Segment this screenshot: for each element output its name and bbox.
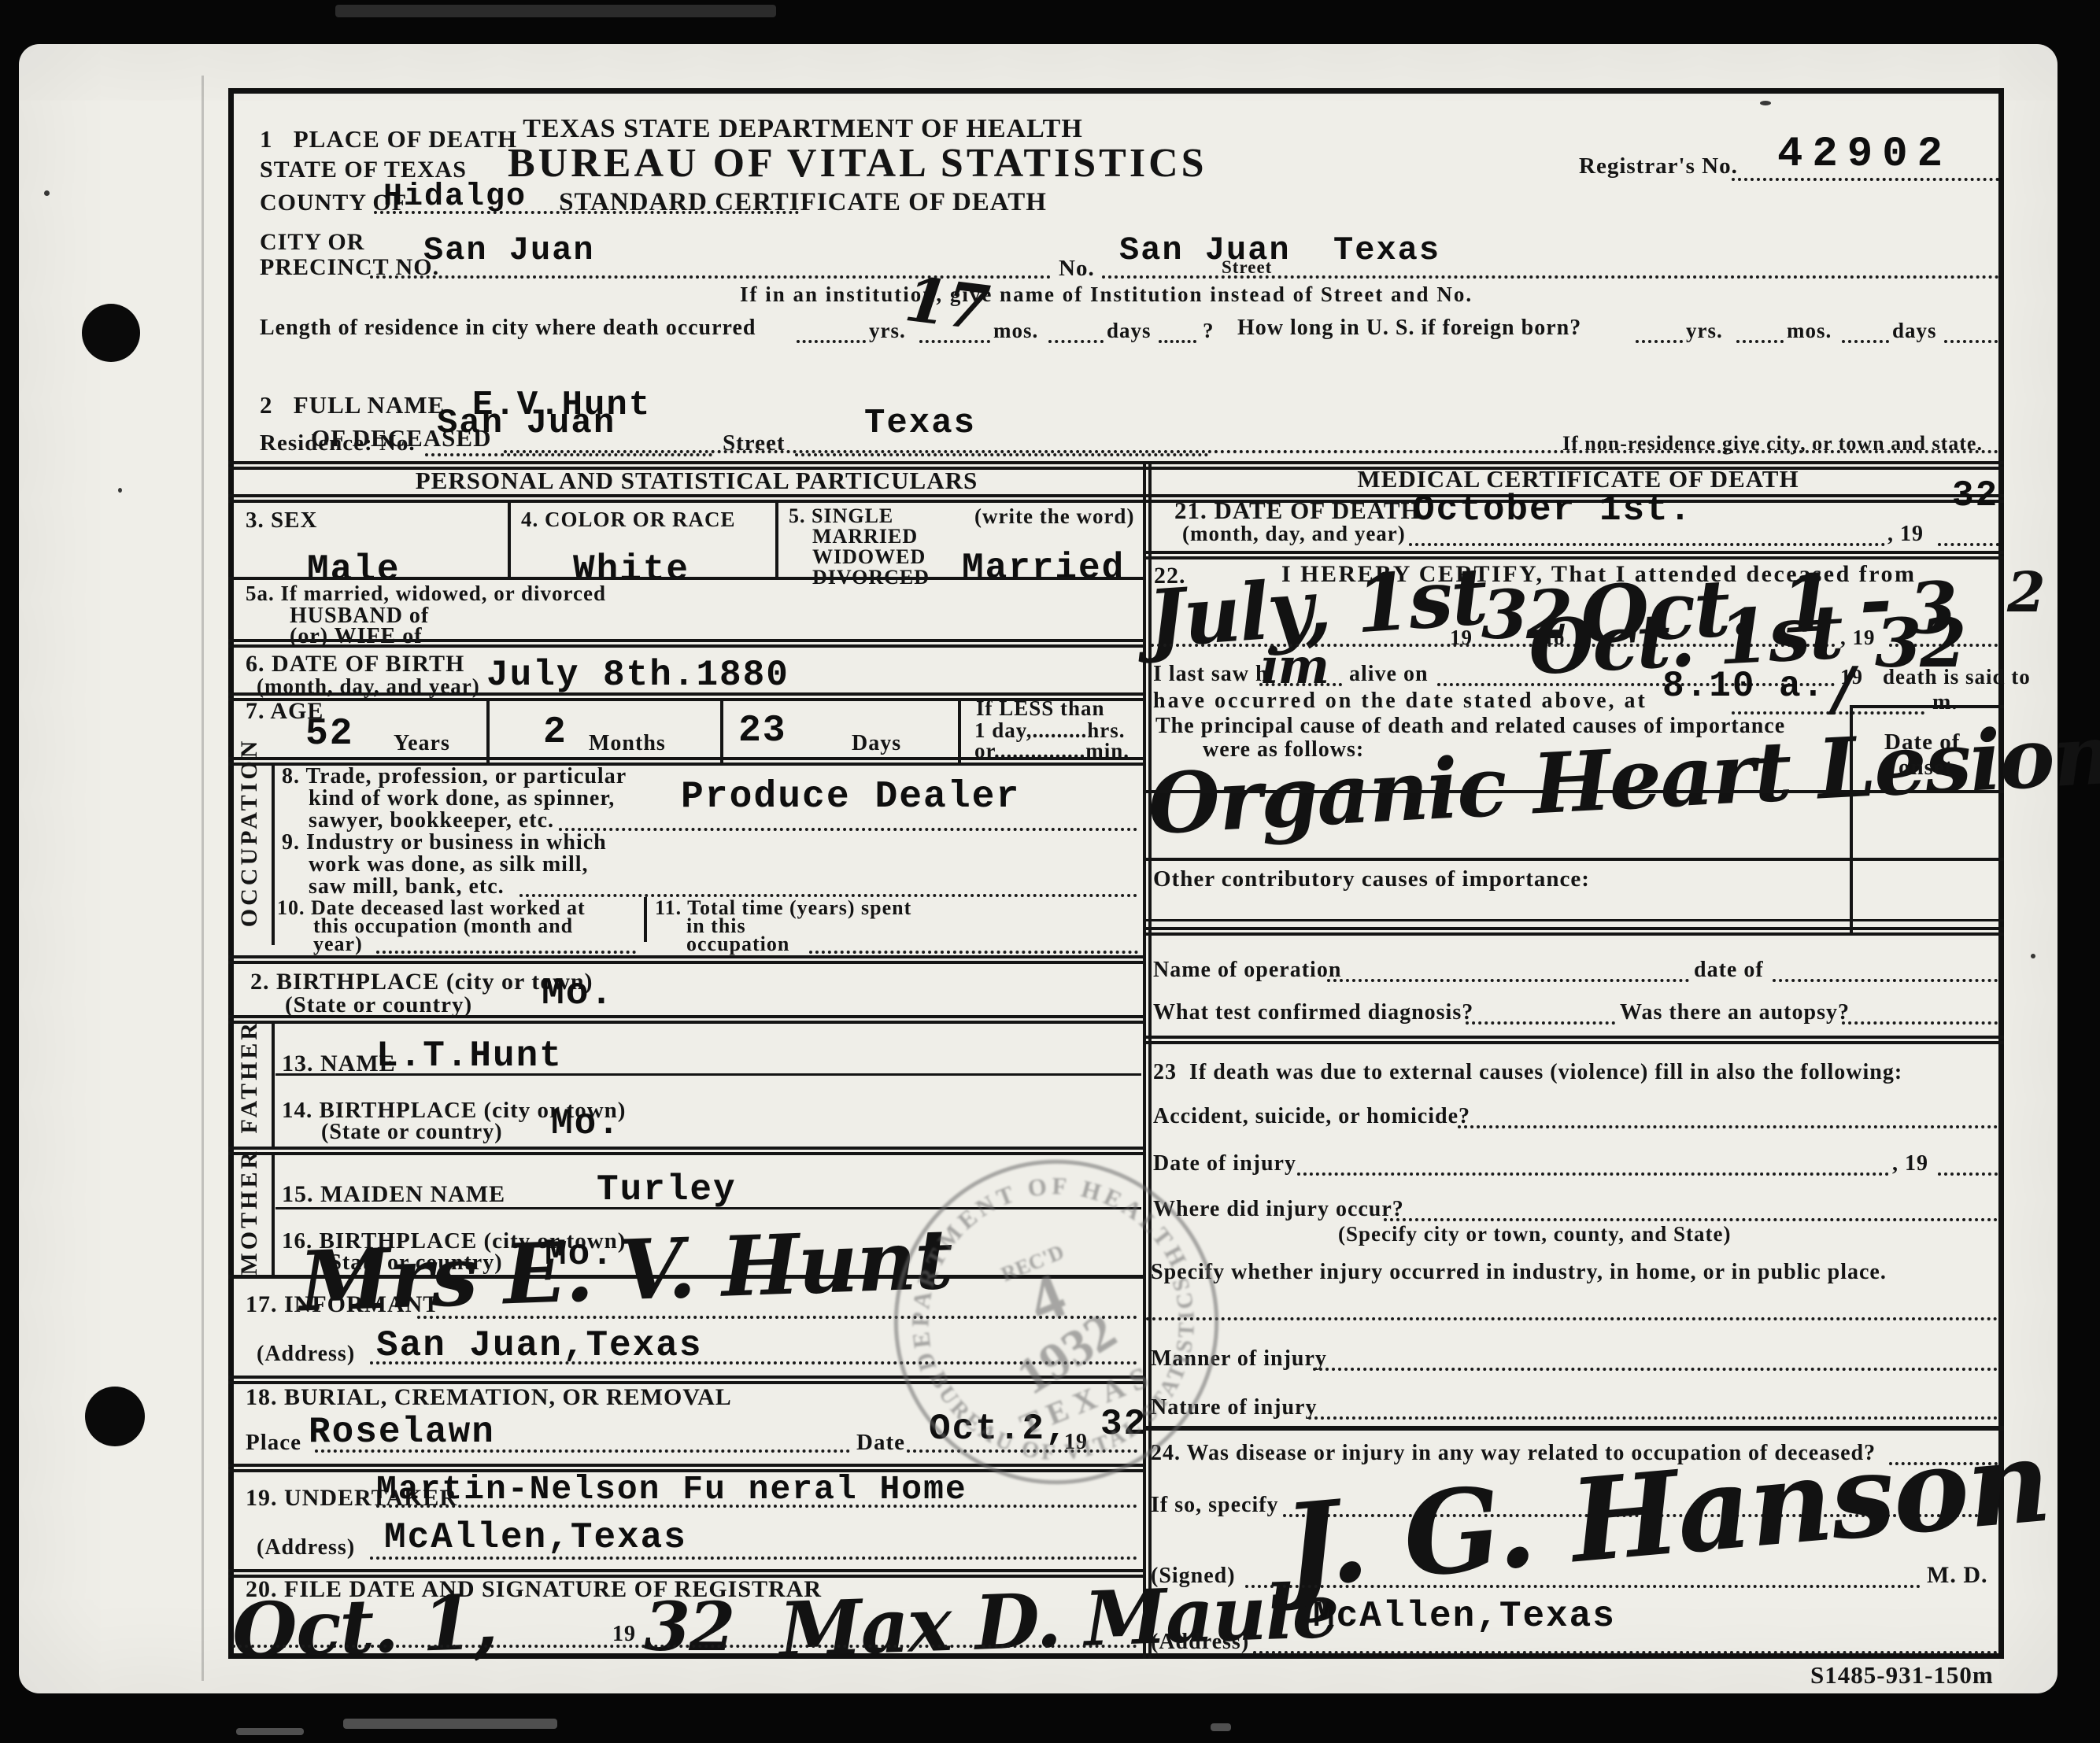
- standard-title: STANDARD CERTIFICATE OF DEATH: [519, 189, 1086, 217]
- ifso-label: If so, specify: [1151, 1494, 1279, 1517]
- contributory-label: Other contributory causes of importance:: [1153, 867, 1590, 892]
- no-label: No.: [1059, 257, 1095, 281]
- dotted-line: [1773, 979, 1998, 982]
- item23-text: 23 If death was due to external causes (…: [1153, 1061, 1902, 1084]
- speck: [44, 190, 50, 196]
- occurred-m-label: m.: [1932, 691, 1958, 715]
- occupation-side-label: OCCUPATION: [237, 770, 262, 927]
- residence-no-value: San Juan: [437, 404, 616, 443]
- accident-label: Accident, suicide, or homicide?: [1153, 1105, 1470, 1128]
- dept-title: TEXAS STATE DEPARTMENT OF HEALTH: [519, 115, 1086, 144]
- scan-streak: [1211, 1723, 1231, 1731]
- rule: [275, 1073, 1141, 1076]
- onset-label-2: onset: [1899, 755, 1953, 780]
- foreign-born-label: How long in U. S. if foreign born?: [1237, 316, 1581, 340]
- rule: [1143, 1036, 2004, 1044]
- dotted-line: [1636, 340, 1683, 343]
- marital-married: MARRIED: [812, 526, 918, 548]
- age-less-line1: If LESS than: [976, 697, 1105, 720]
- rule: [1143, 919, 2004, 921]
- test-label: What test confirmed diagnosis?: [1153, 1001, 1473, 1025]
- lastsaw-text-2: alive on: [1349, 663, 1429, 686]
- county-value: Hidalgo: [383, 179, 527, 215]
- no-value: San Juan Texas: [1119, 231, 1440, 269]
- dotted-line: [370, 1361, 1137, 1364]
- fullname-label-1: 2 FULL NAME: [260, 392, 445, 418]
- item8-line2: kind of work done, as spinner,: [309, 787, 615, 811]
- age-months-label: Months: [589, 732, 666, 755]
- marital-value: Married: [962, 548, 1125, 589]
- cell-divider: [720, 701, 723, 764]
- item5a-line1: 5a. If married, widowed, or divorced: [246, 582, 606, 605]
- rule: [228, 1376, 1143, 1384]
- file-year-pre: 19: [612, 1623, 636, 1646]
- dotted-line: [370, 1557, 1137, 1560]
- dotted-line: [1327, 979, 1689, 982]
- color-race-label: 4. COLOR OR RACE: [521, 508, 736, 531]
- item11-line3: occupation: [686, 933, 789, 955]
- md-label: M. D.: [1927, 1563, 1987, 1588]
- date-of-death-sublabel: (month, day, and year): [1182, 523, 1406, 545]
- speck: [2031, 954, 2035, 958]
- dotted-line: [1253, 1651, 1998, 1654]
- item9-line3: saw mill, bank, etc.: [309, 875, 505, 899]
- dotted-line: [1466, 1021, 1615, 1025]
- informant-address-label: (Address): [257, 1342, 355, 1366]
- bureau-title: BUREAU OF VITAL STATISTICS: [508, 142, 1090, 186]
- dotted-line: [1159, 340, 1196, 343]
- dotted-line: [1842, 1021, 1998, 1025]
- punch-hole: [82, 304, 140, 362]
- undertaker-address-value: McAllen,Texas: [384, 1517, 687, 1558]
- age-days-label: Days: [852, 732, 901, 755]
- rule: [228, 494, 2004, 503]
- dotted-line: [1313, 1368, 1998, 1371]
- rule: [1143, 858, 2004, 861]
- paper-edge-line: [201, 76, 204, 1681]
- item10-line3: year): [313, 933, 363, 955]
- dotted-line: [919, 340, 990, 343]
- dotted-line: [1297, 1172, 1889, 1176]
- rule: [1143, 790, 2004, 793]
- residence-street-label: Street: [723, 431, 786, 456]
- autopsy-label: Was there an autopsy?: [1620, 1001, 1850, 1025]
- rule: [228, 1147, 1143, 1155]
- father-side-label: FATHER: [237, 998, 262, 1155]
- residence-street-value: Texas: [864, 404, 976, 443]
- dotted-line: [417, 1316, 1137, 1319]
- rule: [1850, 705, 2004, 708]
- rule: [275, 1207, 1141, 1209]
- cell-divider: [272, 766, 275, 945]
- father-birthplace-value: Mo.: [551, 1103, 621, 1144]
- cell-divider: [958, 701, 961, 764]
- year2-pre: , 19: [1840, 626, 1876, 649]
- mother-maiden-value: Turley: [597, 1169, 737, 1210]
- dotted-line: [1736, 340, 1784, 343]
- onset-label-1: Date of: [1884, 730, 1960, 755]
- injury-year-pre: , 19: [1892, 1152, 1928, 1176]
- punch-hole: [85, 1387, 145, 1446]
- nature-label: Nature of injury: [1151, 1396, 1317, 1420]
- mos-label: mos.: [1787, 319, 1832, 342]
- yrs-label: yrs.: [869, 319, 906, 342]
- question-mark: ?: [1203, 319, 1215, 342]
- dotted-line: [232, 1645, 1137, 1648]
- dotted-line: [1259, 683, 1342, 686]
- cell-divider: [486, 701, 490, 764]
- file-year-handwritten: 32: [644, 1594, 734, 1661]
- onset-box-divider: [1850, 705, 1853, 933]
- dotted-line: [1938, 543, 1999, 546]
- dotted-line: [1245, 1585, 1921, 1588]
- rule: [228, 955, 1143, 964]
- rule: [228, 577, 1143, 580]
- dotted-line: [1409, 543, 1885, 546]
- registrar-no-label: Registrar's No.: [1579, 154, 1738, 179]
- date-of-death-label: 21. DATE OF DEATH: [1174, 497, 1421, 523]
- dotted-line: [1384, 1218, 1998, 1221]
- lastsaw-text-3: death is said to: [1883, 666, 2031, 689]
- informant-handwritten: Mrs E. V. Hunt: [298, 1218, 952, 1324]
- days-label: days: [1892, 319, 1937, 342]
- cell-divider: [644, 897, 647, 942]
- item15-label: 15. MAIDEN NAME: [282, 1182, 505, 1207]
- physician-address-value: McAllen,Texas: [1313, 1596, 1616, 1637]
- specify-injury-label: Specify whether injury occurred in indus…: [1151, 1261, 1887, 1284]
- item12-sublabel: (State or country): [285, 993, 472, 1017]
- dotted-line: [376, 1505, 1137, 1508]
- item1-label: 1 PLACE OF DEATH: [260, 126, 517, 152]
- scanned-death-certificate: 1 PLACE OF DEATH STATE OF TEXAS COUNTY O…: [0, 0, 2100, 1743]
- item8-line3: sawyer, bookkeeper, etc.: [309, 809, 554, 833]
- age-days-value: 23: [738, 710, 787, 752]
- scan-streak: [236, 1728, 304, 1735]
- dotted-line: [797, 340, 866, 343]
- scan-streak: [335, 5, 776, 17]
- undertaker-value: Martin-Nelson Fu neral Home: [376, 1470, 967, 1509]
- residence-length-handwritten: 17: [902, 269, 991, 340]
- mos-label: mos.: [993, 319, 1038, 342]
- dotted-line: [376, 951, 636, 954]
- cell-divider: [508, 503, 511, 578]
- rule: [1143, 927, 2004, 936]
- cell-divider: [272, 1155, 275, 1275]
- dotted-line: [315, 1449, 850, 1453]
- nonresidence-note: If non-residence give city, or town and …: [1562, 433, 1983, 455]
- where-injury-label: Where did injury occur?: [1153, 1198, 1404, 1221]
- burial-date-value: Oct.2,: [929, 1409, 1069, 1449]
- signed-label: (Signed): [1151, 1564, 1236, 1588]
- physician-address-label: (Address): [1151, 1630, 1249, 1654]
- occupation-value: Produce Dealer: [681, 776, 1020, 818]
- age-years-label: Years: [394, 732, 450, 755]
- dotted-line: [907, 1449, 1137, 1453]
- dob-label: 6. DATE OF BIRTH: [246, 652, 464, 677]
- dotted-line: [1146, 1317, 1998, 1320]
- age-months-value: 2: [543, 711, 568, 754]
- marital-widowed: WIDOWED: [812, 546, 926, 568]
- burial-label: 18. BURIAL, CREMATION, OR REMOVAL: [246, 1385, 732, 1410]
- dotted-line: [425, 453, 712, 456]
- burial-date-year-pre: 19: [1064, 1431, 1088, 1454]
- yrs-label: yrs.: [1686, 319, 1723, 342]
- injury-date-label: Date of injury: [1153, 1152, 1296, 1176]
- where-injury-sublabel: (Specify city or town, county, and State…: [1338, 1223, 1732, 1246]
- dotted-line: [1944, 340, 1998, 343]
- dotted-line: [1842, 340, 1889, 343]
- dotted-line: [1938, 1172, 1998, 1176]
- manner-label: Manner of injury: [1151, 1347, 1327, 1371]
- left-section-title: PERSONAL AND STATISTICAL PARTICULARS: [260, 467, 1133, 493]
- year2-handwritten-overflow: 2: [2007, 565, 2044, 620]
- item8-line1: 8. Trade, profession, or particular: [282, 765, 627, 788]
- dotted-line: [559, 828, 1137, 831]
- marital-single: 5. SINGLE: [789, 505, 893, 527]
- length-label: Length of residence in city where death …: [260, 316, 756, 340]
- operation-date-label: date of: [1694, 958, 1764, 982]
- dotted-line: [795, 453, 1208, 456]
- dotted-line: [809, 951, 1138, 954]
- write-the-word-note: (write the word): [974, 505, 1134, 528]
- undertaker-address-label: (Address): [257, 1536, 355, 1560]
- file-date-handwritten: Oct. 1,: [231, 1585, 497, 1669]
- item12-value: Mo.: [542, 973, 614, 1015]
- place-label: Place: [246, 1431, 301, 1455]
- burial-date-year: 32: [1100, 1404, 1147, 1445]
- death-year-value: 32: [1952, 475, 1998, 516]
- place-value: Roselawn: [309, 1412, 495, 1453]
- lastsaw-text-1: I last saw h: [1153, 663, 1269, 686]
- occurred-text: have occurred on the date stated above, …: [1153, 689, 1647, 713]
- operation-label: Name of operation: [1153, 958, 1341, 982]
- father-name-value: L.T.Hunt: [376, 1036, 563, 1076]
- age-years-value: 52: [305, 713, 354, 755]
- item9-line1: 9. Industry or business in which: [282, 831, 607, 855]
- scan-streak: [343, 1719, 557, 1729]
- residence-label: Residence: No.: [260, 431, 416, 456]
- dotted-line: [1048, 340, 1104, 343]
- speck: [118, 488, 122, 493]
- dotted-line: [1458, 1125, 1998, 1128]
- cell-divider: [775, 503, 778, 578]
- form-number: S1485-931-150m: [1810, 1662, 1994, 1688]
- rule: [228, 1015, 1143, 1024]
- city-value: San Juan: [423, 231, 595, 269]
- date-of-death-value: October 1st.: [1413, 489, 1692, 530]
- informant-address-value: San Juan,Texas: [376, 1325, 702, 1366]
- right-section-title: MEDICAL CERTIFICATE OF DEATH: [1165, 466, 1991, 492]
- dob-value: July 8th.1880: [486, 655, 789, 696]
- burial-date-label: Date: [856, 1431, 905, 1455]
- institution-note: If in an institution, give name of Insti…: [740, 283, 1473, 306]
- occurred-time-value: 8.10 a.: [1662, 666, 1825, 707]
- dotted-line: [1308, 1416, 1998, 1420]
- cell-divider: [272, 1024, 275, 1147]
- registrar-no-value: 42902: [1777, 131, 1952, 179]
- city-label-1: CITY OR: [260, 230, 364, 255]
- mother-side-label: MOTHER: [237, 1133, 262, 1291]
- item9-line2: work was done, as silk mill,: [309, 853, 589, 877]
- sex-label: 3. SEX: [246, 508, 317, 533]
- street-label: Street: [1222, 258, 1272, 278]
- days-label: days: [1107, 319, 1152, 342]
- rule: [228, 639, 1143, 648]
- death-year-pre: , 19: [1887, 523, 1924, 546]
- item14-sublabel: (State or country): [321, 1121, 503, 1144]
